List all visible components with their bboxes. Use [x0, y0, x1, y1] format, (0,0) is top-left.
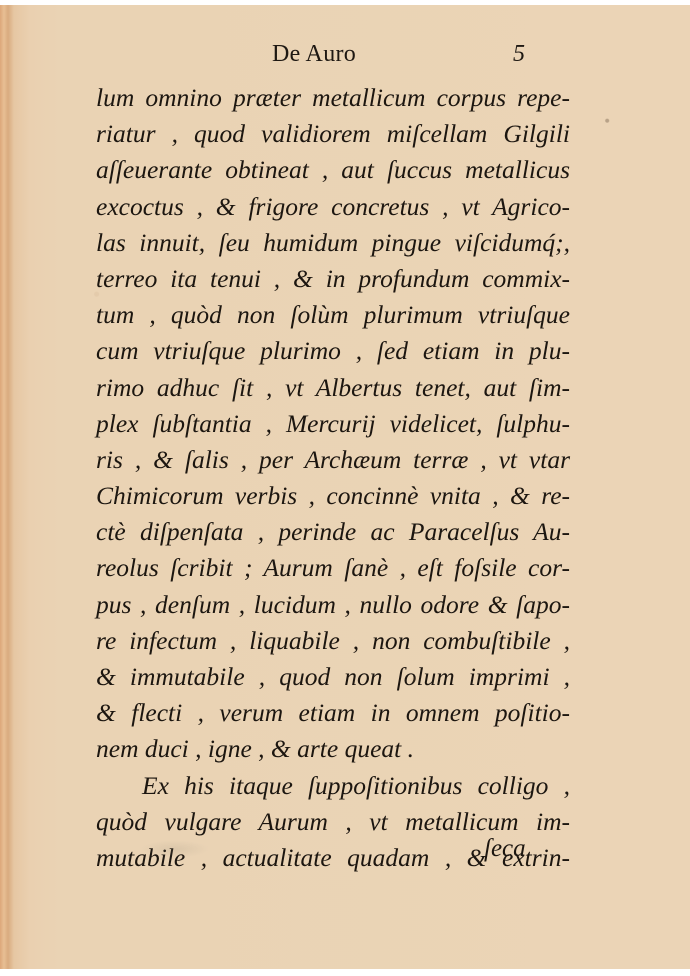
paragraph-start-line: Ex his itaque ſuppoſitionibus colligo , [96, 768, 570, 804]
text-line: aſſeuerante obtineat , aut ſuccus metall… [96, 152, 570, 188]
text-line: Chimicorum verbis , concinnè vnita , & r… [96, 478, 570, 514]
text-line: terreo ita tenui , & in profundum commix… [96, 261, 570, 297]
text-line: & immutabile , quod non ſolum imprimi , [96, 659, 570, 695]
running-title: De Auro [272, 41, 356, 68]
page-header: De Auro 5 [0, 41, 690, 75]
body-text: lum omnino præter metallicum corpus repe… [96, 80, 570, 876]
catchword: ſeca [484, 835, 526, 863]
text-line: re infectum , liquabile , non combuſtibi… [96, 623, 570, 659]
text-line: las innuit, ſeu humidum pingue viſcidumq… [96, 225, 570, 261]
text-line: & flecti , verum etiam in omnem poſitio- [96, 695, 570, 731]
text-line: pus , denſum , lucidum , nullo odore & ſ… [96, 587, 570, 623]
text-line: reolus ſcribit ; Aurum ſanè , eſt foſsil… [96, 550, 570, 586]
book-page: De Auro 5 lum omnino præter metallicum c… [0, 5, 690, 969]
text-line: lum omnino præter metallicum corpus repe… [96, 80, 570, 116]
paper-stain [140, 840, 210, 858]
text-line: tum , quòd non ſolùm plurimum vtriuſque [96, 297, 570, 333]
text-line: ctè diſpenſata , perinde ac Paracelſus A… [96, 514, 570, 550]
text-line: cum vtriuſque plurimo , ſed etiam in plu… [96, 333, 570, 369]
text-line: excoctus , & frigore concretus , vt Agri… [96, 189, 570, 225]
page-number: 5 [513, 41, 525, 68]
text-line: rimo adhuc ſit , vt Albertus tenet, aut … [96, 370, 570, 406]
text-line: riatur , quod validiorem miſcellam Gilgi… [96, 116, 570, 152]
text-line: nem duci , igne , & arte queat . [96, 731, 570, 767]
text-line: ris , & ſalis , per Archæum terræ , vt v… [96, 442, 570, 478]
text-line: plex ſubſtantia , Mercurij videlicet, ſu… [96, 406, 570, 442]
